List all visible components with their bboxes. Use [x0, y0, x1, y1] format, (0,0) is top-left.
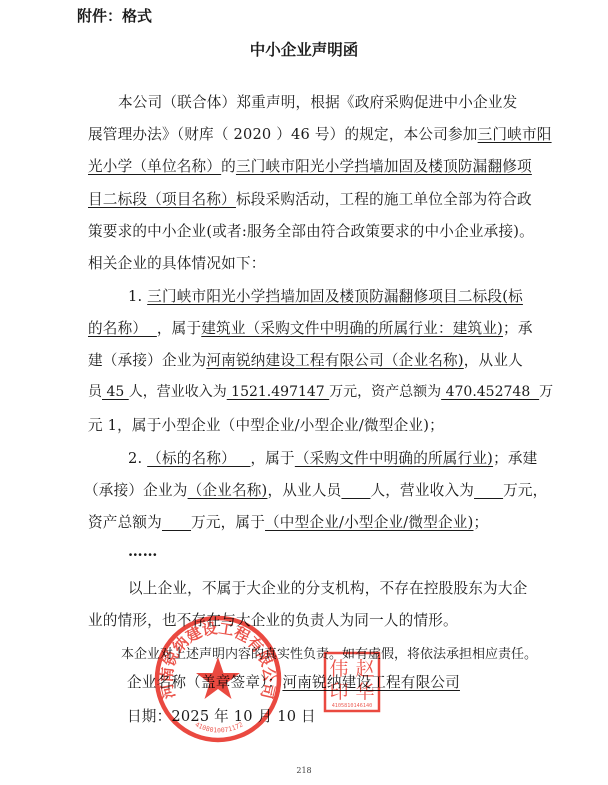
enterprise-name: 河南锐纳建设工程有限公司（企业名称) — [206, 352, 463, 369]
page-number: 218 — [0, 766, 608, 775]
text-span: 万元，资产总额为 — [329, 384, 441, 400]
text-line: 元 1，属于小型企业（中型企业/小型企业/微型企业)； — [88, 414, 444, 435]
revenue-blank — [474, 482, 503, 499]
item-number: 1. — [128, 288, 142, 305]
text-span: （承接）企业为 — [84, 482, 188, 499]
ellipsis: …… — [128, 543, 158, 560]
text-line: 业的情形，也不存在与大企业的负责人为同一人的情形。 — [88, 609, 458, 630]
employee-count: 45 — [102, 384, 129, 400]
text-line: 相关企业的具体情况如下： — [88, 252, 266, 273]
subject-name-placeholder: （标的名称） — [147, 450, 250, 467]
text-span: 万元， — [503, 482, 547, 499]
text-line: 展管理办法》（财库（ 2020 ）46 号）的规定，本公司参加三门峡市阳 — [88, 123, 552, 144]
text-span: ；承 — [503, 320, 533, 337]
text-line: 员 45 人，营业收入为 1521.497147 万元，资产总额为 470.45… — [88, 381, 553, 401]
enterprise-name-placeholder: （企业名称) — [188, 482, 268, 499]
text-line: 建（承接）企业为河南锐纳建设工程有限公司（企业名称)，从业人 — [88, 349, 523, 370]
text-line: 2. （标的名称） ，属于（采购文件中明确的所属行业)；承建 — [128, 447, 537, 468]
text-span: 员 — [88, 384, 102, 400]
date-value: 2025 年 10 月 10 日 — [171, 708, 315, 725]
assets-blank — [162, 514, 191, 531]
text-line: 以上企业，不属于大企业的分支机构，不存在控股股东为大企 — [128, 577, 527, 598]
text-span: 元 1，属于 — [88, 417, 162, 434]
text-span: ，属于 — [250, 450, 294, 467]
assets-value: 470.452748 — [441, 384, 539, 400]
text-line: 1. 三门峡市阳光小学挡墙加固及楼顶防漏翻修项目二标段(标 — [128, 285, 523, 306]
text-span: 的 — [221, 158, 236, 175]
document-title: 中小企业声明函 — [0, 38, 608, 60]
text-line: 目二标段（项目名称）标段采购活动，工程的施工单位全部为符合政 — [88, 188, 532, 209]
item-number: 2. — [128, 450, 142, 467]
industry-placeholder: （采购文件中明确的所属行业) — [295, 450, 493, 467]
project-name-cont: 目二标段（项目名称） — [88, 191, 236, 208]
text-line: 策要求的中小企业(或者:服务全部由符合政策要求的中小企业承接)。 — [88, 220, 534, 241]
text-line: 本公司（联合体）郑重声明，根据《政府采购促进中小企业发 — [118, 91, 517, 112]
company-name: 河南锐纳建设工程有限公司 — [282, 674, 460, 691]
industry: 建筑业（采购文件中明确的所属行业：建筑业) — [201, 320, 503, 337]
date-label: 日期： — [127, 708, 171, 725]
enterprise-size-placeholder: （中型企业/小型企业/微型企业) — [265, 514, 473, 531]
company-label: 企业名称（盖章签章）： — [127, 674, 282, 691]
purchaser-name-cont: 光小学（单位名称） — [88, 158, 221, 175]
text-line: （承接）企业为（企业名称)，从业人员 人，营业收入为 万元， — [84, 479, 547, 500]
text-span: 展管理办法》（财库（ 2020 ）46 号）的规定，本公司参加 — [88, 126, 478, 143]
text-span: 万元，属于 — [191, 514, 265, 531]
project-name: 三门峡市阳光小学挡墙加固及楼顶防漏翻修项 — [236, 158, 532, 175]
text-span: ，属于 — [157, 320, 201, 337]
text-line: 光小学（单位名称）的三门峡市阳光小学挡墙加固及楼顶防漏翻修项 — [88, 155, 532, 176]
text-span: 建（承接）企业为 — [88, 352, 206, 369]
text-line: 资产总额为 万元，属于（中型企业/小型企业/微型企业)； — [88, 511, 488, 532]
text-span: 万 — [539, 384, 553, 400]
text-span: 人，营业收入为 — [129, 384, 227, 400]
text-span: ，从业人 — [464, 352, 523, 369]
text-span: ； — [473, 514, 488, 531]
subject-name-cont: 的名称） — [88, 320, 157, 337]
text-span: ，从业人员 — [267, 482, 341, 499]
text-span: 资产总额为 — [88, 514, 162, 531]
text-span: 人，营业收入为 — [370, 482, 474, 499]
svg-text:4105810146140: 4105810146140 — [332, 703, 373, 709]
revenue-value: 1521.497147 — [227, 384, 329, 400]
text-line: 的名称） ，属于建筑业（采购文件中明确的所属行业：建筑业)；承 — [88, 317, 533, 338]
attachment-header: 附件：格式 — [77, 5, 152, 26]
purchaser-name: 三门峡市阳 — [478, 126, 552, 143]
text-line: 企业名称（盖章签章）：河南锐纳建设工程有限公司 — [127, 671, 460, 692]
responsibility-statement: 本企业对上述声明内容的真实性负责。如有虚假，将依法承担相应责任。 — [121, 643, 537, 662]
employee-blank — [341, 482, 370, 499]
text-span: ；承建 — [493, 450, 537, 467]
text-line: 日期：2025 年 10 月 10 日 — [127, 705, 316, 726]
subject-name: 三门峡市阳光小学挡墙加固及楼顶防漏翻修项目二标段(标 — [147, 288, 523, 305]
enterprise-size: 小型企业（中型企业/小型企业/微型企业)； — [162, 417, 444, 434]
text-span: 标段采购活动，工程的施工单位全部为符合政 — [236, 191, 532, 208]
